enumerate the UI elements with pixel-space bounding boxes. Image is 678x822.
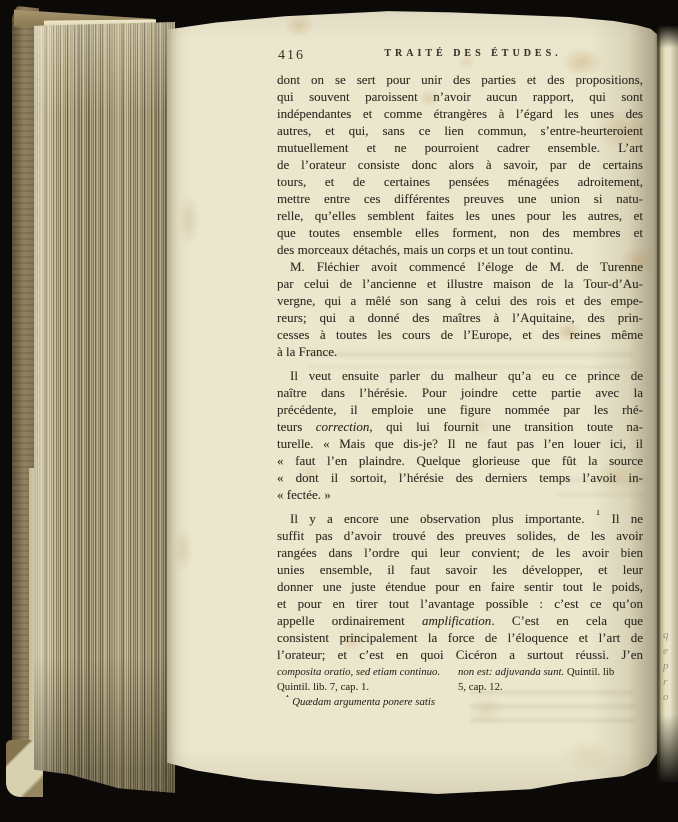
page-number: 416 (278, 48, 305, 64)
facing-page-text-fragment: o (663, 690, 669, 706)
text-line: donner une juste étendue pour en faire s… (277, 578, 643, 595)
text-line: dont on se sert pour unir des parties et… (277, 71, 643, 88)
text-line: suffit pas d’avoir trouvé des preuves so… (277, 527, 643, 544)
text-line: reurs; qui a donné des maîtres à l’Aquit… (277, 309, 643, 326)
fore-edge-page-stack (34, 22, 175, 796)
facing-page-text-fragment: e (663, 644, 669, 660)
page-header: 416 TRAITÉ DES ÉTUDES. (277, 48, 643, 71)
text-line: mettre entre ces différentes preuves une… (277, 190, 643, 207)
footnote-column-left: composita oratio, sed etiam continuo.Qui… (277, 665, 449, 710)
footnote-line: non est: adjuvanda sunt. Quintil. lib (458, 665, 643, 680)
gutter-facing-page-sliver: qepro (657, 26, 678, 782)
text-line: qui souvent paroissent n’avoir aucun rap… (277, 88, 643, 105)
footnote-line: 1 Quædam argumenta ponere satis (277, 695, 449, 710)
text-line: rangées dans l’ordre qui leur convient; … (277, 544, 643, 561)
text-line: teurs correction, qui lui fournit une tr… (277, 418, 643, 435)
text-line: consistent principalement la force de l’… (277, 629, 643, 646)
text-line: unies ensemble, il faut savoir les dével… (277, 561, 643, 578)
text-line: à la France. (277, 343, 643, 360)
text-line: mutuellement et ne pourroient cadrer ens… (277, 139, 643, 156)
text-line: des morceaux détachés, mais un corps et … (277, 241, 643, 258)
facing-page-text-fragment: p (663, 659, 669, 675)
book-photo: 416 TRAITÉ DES ÉTUDES. dont on se sert p… (0, 0, 678, 822)
text-line: vergne, qui a mêlé son sang à celui des … (277, 292, 643, 309)
text-line: autres, et qui, sans ce lien commun, s’e… (277, 122, 643, 139)
text-line: cesses à toutes les cours de l’Europe, e… (277, 326, 643, 343)
text-line: par celui de l’ancienne et illustre mais… (277, 275, 643, 292)
text-line: Il veut ensuite parler du malheur qu’a e… (277, 367, 643, 384)
text-line: turelle. « Mais que dis-je? Il ne faut p… (277, 435, 643, 452)
facing-page-text-fragment: r (663, 675, 669, 691)
text-line: l’orateur; et c’est en quoi Cicéron a su… (277, 646, 643, 663)
text-line: « faut l’en plaindre. Quelque glorieuse … (277, 452, 643, 469)
running-title: TRAITÉ DES ÉTUDES. (277, 48, 643, 59)
text-line: tours, et de certaines pensées ménagées … (277, 173, 643, 190)
facing-page-text-fragment: q (663, 628, 669, 644)
text-line: M. Fléchier avoit commencé l’éloge de M.… (277, 258, 643, 275)
text-line: naître dans l’hérésie. Pour joindre cett… (277, 384, 643, 401)
text-line: de l’orateur consiste donc alors à savoi… (277, 156, 643, 173)
text-line: indépendantes et comme étrangères à l’ég… (277, 105, 643, 122)
text-line: Il y a encore une observation plus impor… (277, 510, 643, 527)
facing-page-text-fragments: qepro (663, 628, 669, 706)
footnote-line: Quintil. lib. 7, cap. 1. (277, 680, 449, 695)
page-content: 416 TRAITÉ DES ÉTUDES. dont on se sert p… (277, 48, 643, 710)
text-line: et pour en tirer tout l’avantage possibl… (277, 595, 643, 612)
footnotes: composita oratio, sed etiam continuo.Qui… (277, 665, 643, 710)
footnote-line: 5, cap. 12. (458, 680, 643, 695)
text-line: relle, qu’elles semblent faites les unes… (277, 207, 643, 224)
footnote-line: composita oratio, sed etiam continuo. (277, 665, 449, 680)
text-line: précédente, il emploie une figure nommée… (277, 401, 643, 418)
text-line: « fectée. » (277, 486, 643, 503)
footnote-column-right: non est: adjuvanda sunt. Quintil. lib5, … (458, 665, 643, 710)
body-text: dont on se sert pour unir des parties et… (277, 71, 643, 663)
text-line: « dont il sortoit, l’hérésie des dernier… (277, 469, 643, 486)
text-line: que toutes ensemble elles forment, non d… (277, 224, 643, 241)
text-line: appelle ordinairement amplification. C’e… (277, 612, 643, 629)
